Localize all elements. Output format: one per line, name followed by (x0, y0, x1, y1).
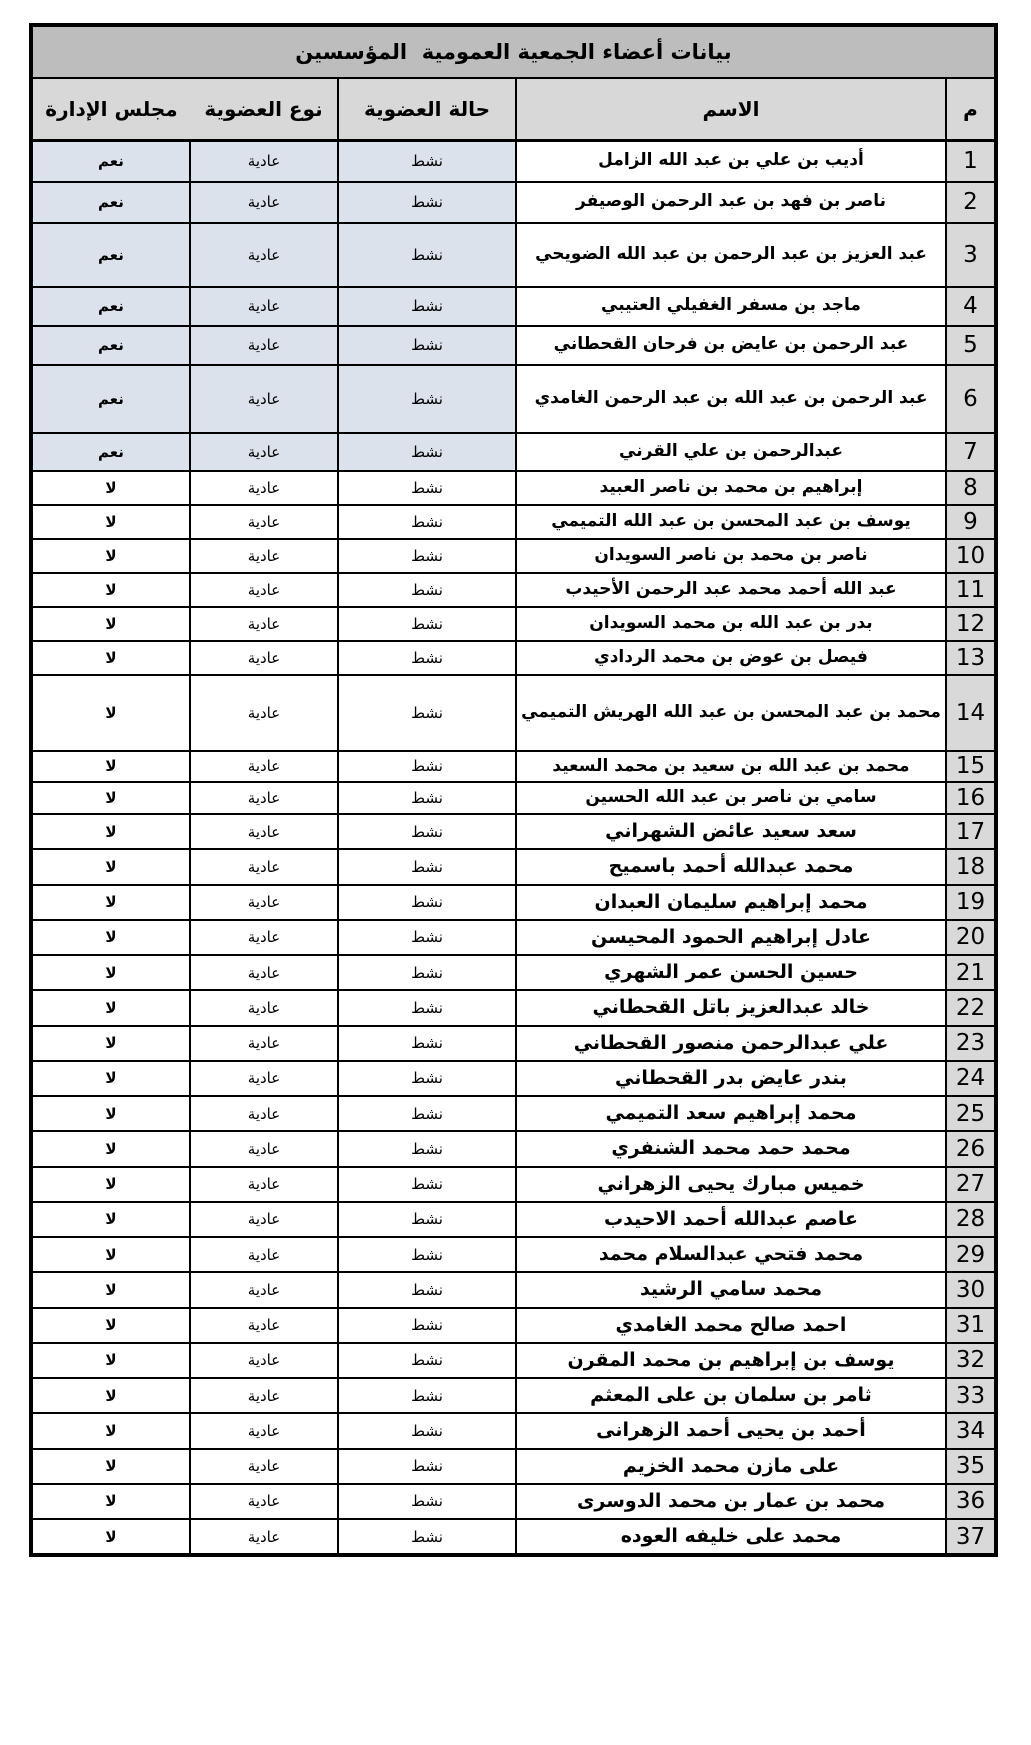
cell-membership-status: نشط (338, 1449, 516, 1484)
cell-membership-status: نشط (338, 141, 516, 182)
cell-board-membership: لا (31, 1308, 190, 1343)
header-board: مجلس الإدارة (31, 78, 190, 141)
table-row: 12بدر بن عبد الله بن محمد السويداننشطعاد… (31, 607, 996, 641)
table-row: 5عبد الرحمن بن عايض بن فرحان القحطانينشط… (31, 326, 996, 365)
cell-number: 26 (946, 1131, 996, 1166)
table-row: 31احمد صالح محمد الغامدينشطعاديةلا (31, 1308, 996, 1343)
table-row: 26محمد حمد محمد الشنفرينشطعاديةلا (31, 1131, 996, 1166)
header-type: نوع العضوية (190, 78, 338, 141)
cell-board-membership: نعم (31, 287, 190, 326)
cell-membership-status: نشط (338, 990, 516, 1025)
cell-membership-type: عادية (190, 1272, 338, 1307)
cell-membership-type: عادية (190, 1308, 338, 1343)
cell-board-membership: لا (31, 1026, 190, 1061)
cell-number: 21 (946, 955, 996, 990)
cell-membership-type: عادية (190, 365, 338, 433)
table-row: 27خميس مبارك يحيى الزهرانينشطعاديةلا (31, 1167, 996, 1202)
cell-number: 32 (946, 1343, 996, 1378)
cell-membership-status: نشط (338, 955, 516, 990)
cell-board-membership: لا (31, 607, 190, 641)
cell-membership-type: عادية (190, 1519, 338, 1555)
cell-membership-status: نشط (338, 182, 516, 223)
cell-membership-status: نشط (338, 1202, 516, 1237)
cell-membership-status: نشط (338, 1061, 516, 1096)
table-row: 33ثامر بن سلمان بن على المعثمنشطعاديةلا (31, 1378, 996, 1413)
cell-name: محمد سامي الرشيد (516, 1272, 946, 1307)
cell-board-membership: نعم (31, 223, 190, 287)
cell-board-membership: لا (31, 1449, 190, 1484)
cell-membership-status: نشط (338, 573, 516, 607)
document-page: بيانات أعضاء الجمعية العمومية المؤسسين م… (0, 0, 1031, 1745)
cell-name: عبد الرحمن بن عايض بن فرحان القحطاني (516, 326, 946, 365)
cell-board-membership: لا (31, 920, 190, 955)
table-row: 29محمد فتحي عبدالسلام محمدنشطعاديةلا (31, 1237, 996, 1272)
cell-membership-type: عادية (190, 675, 338, 751)
cell-name: يوسف بن إبراهيم بن محمد المقرن (516, 1343, 946, 1378)
table-row: 10ناصر بن محمد بن ناصر السويداننشطعاديةل… (31, 539, 996, 573)
cell-membership-type: عادية (190, 141, 338, 182)
cell-membership-status: نشط (338, 433, 516, 471)
cell-membership-type: عادية (190, 287, 338, 326)
table-row: 23علي عبدالرحمن منصور القحطانينشطعاديةلا (31, 1026, 996, 1061)
cell-number: 8 (946, 471, 996, 505)
header-name: الاسم (516, 78, 946, 141)
cell-membership-type: عادية (190, 607, 338, 641)
cell-membership-status: نشط (338, 1096, 516, 1131)
cell-number: 10 (946, 539, 996, 573)
cell-board-membership: لا (31, 1343, 190, 1378)
cell-board-membership: لا (31, 539, 190, 573)
cell-board-membership: نعم (31, 433, 190, 471)
cell-name: ناصر بن محمد بن ناصر السويدان (516, 539, 946, 573)
cell-name: أحمد بن يحيى أحمد الزهرانى (516, 1413, 946, 1448)
cell-name: بندر عايض بدر القحطاني (516, 1061, 946, 1096)
cell-membership-type: عادية (190, 885, 338, 920)
cell-membership-type: عادية (190, 814, 338, 849)
cell-name: يوسف بن عبد المحسن بن عبد الله التميمي (516, 505, 946, 539)
table-row: 6عبد الرحمن بن عبد الله بن عبد الرحمن ال… (31, 365, 996, 433)
cell-membership-type: عادية (190, 326, 338, 365)
cell-membership-type: عادية (190, 1343, 338, 1378)
cell-name: محمد بن عمار بن محمد الدوسرى (516, 1484, 946, 1519)
cell-membership-status: نشط (338, 641, 516, 675)
table-row: 8إبراهيم بن محمد بن ناصر العبيدنشطعاديةل… (31, 471, 996, 505)
cell-number: 7 (946, 433, 996, 471)
cell-membership-status: نشط (338, 1237, 516, 1272)
cell-number: 23 (946, 1026, 996, 1061)
cell-name: عادل إبراهيم الحمود المحيسن (516, 920, 946, 955)
cell-membership-type: عادية (190, 223, 338, 287)
cell-membership-type: عادية (190, 1449, 338, 1484)
cell-membership-status: نشط (338, 782, 516, 814)
cell-number: 15 (946, 751, 996, 783)
cell-number: 31 (946, 1308, 996, 1343)
cell-board-membership: نعم (31, 365, 190, 433)
cell-board-membership: نعم (31, 141, 190, 182)
cell-number: 16 (946, 782, 996, 814)
table-row: 19محمد إبراهيم سليمان العبداننشطعاديةلا (31, 885, 996, 920)
cell-membership-type: عادية (190, 641, 338, 675)
cell-membership-type: عادية (190, 471, 338, 505)
cell-number: 2 (946, 182, 996, 223)
cell-membership-status: نشط (338, 885, 516, 920)
cell-membership-status: نشط (338, 1272, 516, 1307)
cell-membership-status: نشط (338, 471, 516, 505)
cell-membership-status: نشط (338, 1413, 516, 1448)
cell-number: 24 (946, 1061, 996, 1096)
cell-board-membership: لا (31, 641, 190, 675)
cell-board-membership: نعم (31, 326, 190, 365)
table-row: 25محمد إبراهيم سعد التميمينشطعاديةلا (31, 1096, 996, 1131)
cell-board-membership: لا (31, 1484, 190, 1519)
table-row: 20عادل إبراهيم الحمود المحيسننشطعاديةلا (31, 920, 996, 955)
cell-membership-type: عادية (190, 1167, 338, 1202)
cell-membership-status: نشط (338, 814, 516, 849)
table-row: 7عبدالرحمن بن علي القرنينشطعاديةنعم (31, 433, 996, 471)
title-row: بيانات أعضاء الجمعية العمومية المؤسسين (31, 25, 996, 78)
cell-board-membership: لا (31, 1272, 190, 1307)
header-row: م الاسم حالة العضوية نوع العضوية مجلس ال… (31, 78, 996, 141)
cell-name: عاصم عبدالله أحمد الاحيدب (516, 1202, 946, 1237)
cell-board-membership: لا (31, 1061, 190, 1096)
cell-name: محمد بن عبد الله بن سعيد بن محمد السعيد (516, 751, 946, 783)
cell-board-membership: لا (31, 955, 190, 990)
cell-name: احمد صالح محمد الغامدي (516, 1308, 946, 1343)
cell-membership-status: نشط (338, 539, 516, 573)
table-row: 35على مازن محمد الخزيمنشطعاديةلا (31, 1449, 996, 1484)
table-row: 22خالد عبدالعزيز باتل القحطانينشطعاديةلا (31, 990, 996, 1025)
cell-board-membership: لا (31, 1237, 190, 1272)
cell-membership-type: عادية (190, 539, 338, 573)
cell-name: ناصر بن فهد بن عبد الرحمن الوصيفر (516, 182, 946, 223)
cell-name: محمد حمد محمد الشنفري (516, 1131, 946, 1166)
cell-membership-status: نشط (338, 607, 516, 641)
cell-membership-type: عادية (190, 433, 338, 471)
cell-membership-type: عادية (190, 1484, 338, 1519)
cell-number: 27 (946, 1167, 996, 1202)
cell-number: 18 (946, 849, 996, 884)
cell-number: 11 (946, 573, 996, 607)
cell-number: 30 (946, 1272, 996, 1307)
cell-membership-type: عادية (190, 955, 338, 990)
cell-membership-type: عادية (190, 1026, 338, 1061)
cell-board-membership: لا (31, 1202, 190, 1237)
cell-membership-status: نشط (338, 751, 516, 783)
cell-membership-type: عادية (190, 1202, 338, 1237)
table-row: 2ناصر بن فهد بن عبد الرحمن الوصيفرنشطعاد… (31, 182, 996, 223)
header-num: م (946, 78, 996, 141)
cell-number: 35 (946, 1449, 996, 1484)
cell-membership-type: عادية (190, 849, 338, 884)
cell-membership-type: عادية (190, 182, 338, 223)
cell-board-membership: لا (31, 1519, 190, 1555)
cell-name: أديب بن علي بن عبد الله الزامل (516, 141, 946, 182)
cell-membership-type: عادية (190, 1096, 338, 1131)
table-row: 1أديب بن علي بن عبد الله الزاملنشطعاديةن… (31, 141, 996, 182)
table-row: 11عبد الله أحمد محمد عبد الرحمن الأحيدبن… (31, 573, 996, 607)
cell-membership-type: عادية (190, 505, 338, 539)
cell-board-membership: لا (31, 885, 190, 920)
cell-name: خالد عبدالعزيز باتل القحطاني (516, 990, 946, 1025)
table-row: 14محمد بن عبد المحسن بن عبد الله الهريش … (31, 675, 996, 751)
cell-membership-status: نشط (338, 223, 516, 287)
table-row: 32يوسف بن إبراهيم بن محمد المقرننشطعادية… (31, 1343, 996, 1378)
cell-name: خميس مبارك يحيى الزهراني (516, 1167, 946, 1202)
cell-board-membership: لا (31, 1096, 190, 1131)
cell-number: 33 (946, 1378, 996, 1413)
cell-membership-status: نشط (338, 1343, 516, 1378)
cell-number: 1 (946, 141, 996, 182)
table-row: 24بندر عايض بدر القحطانينشطعاديةلا (31, 1061, 996, 1096)
cell-board-membership: لا (31, 1413, 190, 1448)
cell-membership-type: عادية (190, 990, 338, 1025)
cell-board-membership: نعم (31, 182, 190, 223)
table-title: بيانات أعضاء الجمعية العمومية المؤسسين (31, 25, 996, 78)
cell-name: بدر بن عبد الله بن محمد السويدان (516, 607, 946, 641)
cell-number: 17 (946, 814, 996, 849)
cell-name: حسين الحسن عمر الشهري (516, 955, 946, 990)
cell-number: 4 (946, 287, 996, 326)
table-row: 36محمد بن عمار بن محمد الدوسرىنشطعاديةلا (31, 1484, 996, 1519)
cell-membership-status: نشط (338, 365, 516, 433)
table-row: 4ماجد بن مسفر الغفيلي العتيبينشطعاديةنعم (31, 287, 996, 326)
cell-name: محمد بن عبد المحسن بن عبد الله الهريش ال… (516, 675, 946, 751)
cell-number: 6 (946, 365, 996, 433)
cell-membership-status: نشط (338, 849, 516, 884)
cell-board-membership: لا (31, 675, 190, 751)
cell-board-membership: لا (31, 751, 190, 783)
cell-number: 25 (946, 1096, 996, 1131)
cell-membership-type: عادية (190, 751, 338, 783)
table-row: 21حسين الحسن عمر الشهرينشطعاديةلا (31, 955, 996, 990)
cell-board-membership: لا (31, 990, 190, 1025)
cell-board-membership: لا (31, 814, 190, 849)
cell-membership-status: نشط (338, 1519, 516, 1555)
cell-board-membership: لا (31, 573, 190, 607)
cell-membership-type: عادية (190, 1378, 338, 1413)
cell-name: سعد سعيد عائض الشهراني (516, 814, 946, 849)
cell-membership-status: نشط (338, 1378, 516, 1413)
cell-board-membership: لا (31, 471, 190, 505)
cell-name: محمد إبراهيم سليمان العبدان (516, 885, 946, 920)
cell-number: 13 (946, 641, 996, 675)
cell-name: محمد إبراهيم سعد التميمي (516, 1096, 946, 1131)
cell-board-membership: لا (31, 849, 190, 884)
cell-number: 36 (946, 1484, 996, 1519)
cell-name: محمد عبدالله أحمد باسميح (516, 849, 946, 884)
table-row: 28عاصم عبدالله أحمد الاحيدبنشطعاديةلا (31, 1202, 996, 1237)
cell-membership-status: نشط (338, 1484, 516, 1519)
cell-board-membership: لا (31, 505, 190, 539)
cell-membership-type: عادية (190, 573, 338, 607)
cell-membership-status: نشط (338, 505, 516, 539)
cell-membership-type: عادية (190, 1061, 338, 1096)
cell-number: 19 (946, 885, 996, 920)
table-row: 16سامي بن ناصر بن عبد الله الحسيننشطعادي… (31, 782, 996, 814)
cell-name: محمد فتحي عبدالسلام محمد (516, 1237, 946, 1272)
cell-membership-type: عادية (190, 782, 338, 814)
cell-name: عبدالرحمن بن علي القرني (516, 433, 946, 471)
table-row: 3عبد العزيز بن عبد الرحمن بن عبد الله ال… (31, 223, 996, 287)
cell-membership-status: نشط (338, 920, 516, 955)
table-row: 18محمد عبدالله أحمد باسميحنشطعاديةلا (31, 849, 996, 884)
cell-membership-type: عادية (190, 1131, 338, 1166)
cell-number: 5 (946, 326, 996, 365)
cell-membership-type: عادية (190, 920, 338, 955)
cell-number: 14 (946, 675, 996, 751)
cell-membership-status: نشط (338, 1167, 516, 1202)
cell-membership-status: نشط (338, 1308, 516, 1343)
table-row: 30محمد سامي الرشيدنشطعاديةلا (31, 1272, 996, 1307)
founders-table: بيانات أعضاء الجمعية العمومية المؤسسين م… (29, 23, 998, 1557)
cell-name: سامي بن ناصر بن عبد الله الحسين (516, 782, 946, 814)
cell-number: 20 (946, 920, 996, 955)
cell-name: ماجد بن مسفر الغفيلي العتيبي (516, 287, 946, 326)
cell-membership-status: نشط (338, 1131, 516, 1166)
cell-name: فيصل بن عوض بن محمد الردادي (516, 641, 946, 675)
cell-name: على مازن محمد الخزيم (516, 1449, 946, 1484)
table-row: 9يوسف بن عبد المحسن بن عبد الله التميمين… (31, 505, 996, 539)
cell-number: 22 (946, 990, 996, 1025)
cell-board-membership: لا (31, 1167, 190, 1202)
cell-membership-type: عادية (190, 1413, 338, 1448)
table-row: 17سعد سعيد عائض الشهرانينشطعاديةلا (31, 814, 996, 849)
cell-membership-type: عادية (190, 1237, 338, 1272)
cell-number: 37 (946, 1519, 996, 1555)
cell-name: إبراهيم بن محمد بن ناصر العبيد (516, 471, 946, 505)
cell-name: عبد الله أحمد محمد عبد الرحمن الأحيدب (516, 573, 946, 607)
header-status: حالة العضوية (338, 78, 516, 141)
cell-board-membership: لا (31, 1131, 190, 1166)
cell-number: 12 (946, 607, 996, 641)
table-row: 15محمد بن عبد الله بن سعيد بن محمد السعي… (31, 751, 996, 783)
table-row: 34أحمد بن يحيى أحمد الزهرانىنشطعاديةلا (31, 1413, 996, 1448)
table-row: 37محمد على خليفه العودهنشطعاديةلا (31, 1519, 996, 1555)
cell-name: ثامر بن سلمان بن على المعثم (516, 1378, 946, 1413)
cell-membership-status: نشط (338, 1026, 516, 1061)
cell-number: 34 (946, 1413, 996, 1448)
cell-name: عبد العزيز بن عبد الرحمن بن عبد الله الض… (516, 223, 946, 287)
cell-membership-status: نشط (338, 326, 516, 365)
table-row: 13فيصل بن عوض بن محمد الردادينشطعاديةلا (31, 641, 996, 675)
cell-number: 9 (946, 505, 996, 539)
cell-name: عبد الرحمن بن عبد الله بن عبد الرحمن الغ… (516, 365, 946, 433)
cell-number: 3 (946, 223, 996, 287)
cell-name: محمد على خليفه العوده (516, 1519, 946, 1555)
cell-board-membership: لا (31, 782, 190, 814)
member-table-body: 1أديب بن علي بن عبد الله الزاملنشطعاديةن… (31, 141, 996, 1556)
cell-number: 29 (946, 1237, 996, 1272)
cell-name: علي عبدالرحمن منصور القحطاني (516, 1026, 946, 1061)
cell-membership-status: نشط (338, 675, 516, 751)
cell-board-membership: لا (31, 1378, 190, 1413)
cell-membership-status: نشط (338, 287, 516, 326)
cell-number: 28 (946, 1202, 996, 1237)
